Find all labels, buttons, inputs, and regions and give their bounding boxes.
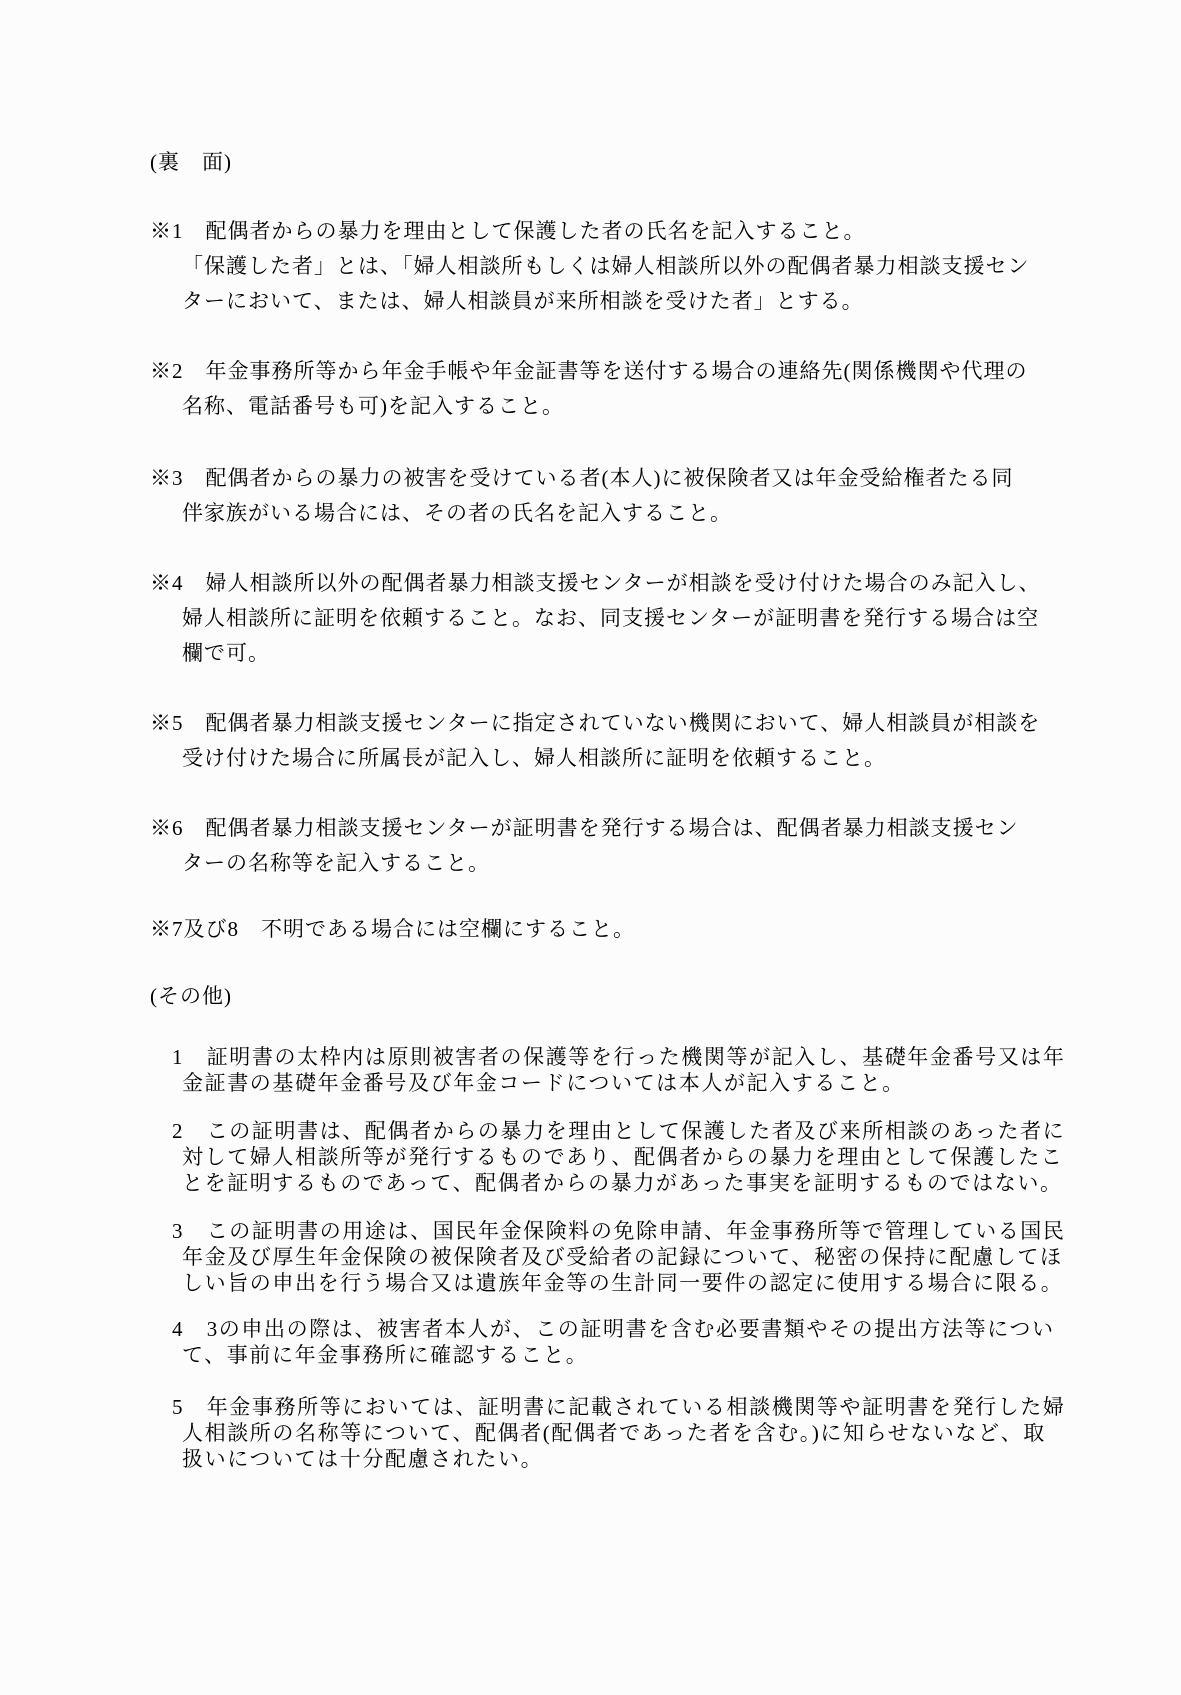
others-label: (その他) — [150, 983, 232, 1009]
note-2: ※2 年金事務所等から年金手帳や年金証書等を送付する場合の連絡先(関係機関や代理… — [150, 354, 1028, 424]
note-line: ※4 婦人相談所以外の配偶者暴力相談支援センターが相談を受け付けた場合のみ記入し… — [150, 566, 1041, 601]
note-3: ※3 配偶者からの暴力の被害を受けている者(本人)に被保険者又は年金受給権者たる… — [150, 461, 1013, 531]
note-line: ターにおいて、または、婦人相談員が来所相談を受けた者」とする。 — [182, 284, 1030, 319]
item-line: 対して婦人相談所等が発行するものであり、配偶者からの暴力を理由として保護したこ — [182, 1144, 1065, 1170]
item-line: 年金及び厚生年金保険の被保険者及び受給者の記録について、秘密の保持に配慮してほ — [182, 1244, 1066, 1270]
document-page: (裏 面) ※1 配偶者からの暴力を理由として保護した者の氏名を記入すること。 … — [0, 0, 1181, 1695]
note-4: ※4 婦人相談所以外の配偶者暴力相談支援センターが相談を受け付けた場合のみ記入し… — [150, 566, 1041, 671]
note-5: ※5 配偶者暴力相談支援センターに指定されていない機関において、婦人相談員が相談… — [150, 706, 1040, 776]
item-line: 2 この証明書は、配偶者からの暴力を理由として保護した者及び来所相談のあった者に — [172, 1118, 1065, 1144]
item-line: 5 年金事務所等においては、証明書に記載されている相談機関等や証明書を発行した婦 — [172, 1394, 1066, 1420]
note-line: ※7及び8 不明である場合には空欄にすること。 — [150, 912, 635, 947]
item-line: 人相談所の名称等について、配偶者(配偶者であった者を含む。)に知らせないなど、取 — [182, 1420, 1066, 1446]
item-line: 3 この証明書の用途は、国民年金保険料の免除申請、年金事務所等で管理している国民 — [172, 1218, 1066, 1244]
back-side-label: (裏 面) — [150, 149, 232, 175]
note-line: ※5 配偶者暴力相談支援センターに指定されていない機関において、婦人相談員が相談… — [150, 706, 1040, 741]
note-line: ※1 配偶者からの暴力を理由として保護した者の氏名を記入すること。 — [150, 214, 1030, 249]
item-line: て、事前に年金事務所に確認すること。 — [182, 1342, 1055, 1368]
other-item-2: 2 この証明書は、配偶者からの暴力を理由として保護した者及び来所相談のあった者に… — [172, 1118, 1065, 1196]
note-1: ※1 配偶者からの暴力を理由として保護した者の氏名を記入すること。 「保護した者… — [150, 214, 1030, 319]
note-line: 欄で可。 — [182, 636, 1041, 671]
note-line: ※2 年金事務所等から年金手帳や年金証書等を送付する場合の連絡先(関係機関や代理… — [150, 354, 1028, 389]
note-line: ターの名称等を記入すること。 — [182, 846, 1019, 881]
note-line: 伴家族がいる場合には、その者の氏名を記入すること。 — [182, 496, 1013, 531]
other-item-3: 3 この証明書の用途は、国民年金保険料の免除申請、年金事務所等で管理している国民… — [172, 1218, 1066, 1296]
item-line: とを証明するものであって、配偶者からの暴力があった事実を証明するものではない。 — [182, 1170, 1065, 1196]
note-line: 「保護した者」とは、「婦人相談所もしくは婦人相談所以外の配偶者暴力相談支援セン — [182, 249, 1030, 284]
note-line: 婦人相談所に証明を依頼すること。なお、同支援センターが証明書を発行する場合は空 — [182, 601, 1041, 636]
other-item-4: 4 3の申出の際は、被害者本人が、この証明書を含む必要書類やその提出方法等につい… — [172, 1316, 1055, 1368]
note-line: ※6 配偶者暴力相談支援センターが証明書を発行する場合は、配偶者暴力相談支援セン — [150, 811, 1019, 846]
note-line: ※3 配偶者からの暴力の被害を受けている者(本人)に被保険者又は年金受給権者たる… — [150, 461, 1013, 496]
item-line: 扱いについては十分配慮されたい。 — [182, 1446, 1066, 1472]
other-item-1: 1 証明書の太枠内は原則被害者の保護等を行った機関等が記入し、基礎年金番号又は年… — [172, 1044, 1066, 1096]
item-line: しい旨の申出を行う場合又は遺族年金等の生計同一要件の認定に使用する場合に限る。 — [182, 1270, 1066, 1296]
note-line: 受け付けた場合に所属長が記入し、婦人相談所に証明を依頼すること。 — [182, 741, 1040, 776]
item-line: 1 証明書の太枠内は原則被害者の保護等を行った機関等が記入し、基礎年金番号又は年 — [172, 1044, 1066, 1070]
item-line: 4 3の申出の際は、被害者本人が、この証明書を含む必要書類やその提出方法等につい — [172, 1316, 1055, 1342]
item-line: 金証書の基礎年金番号及び年金コードについては本人が記入すること。 — [182, 1070, 1066, 1096]
note-line: 名称、電話番号も可)を記入すること。 — [182, 389, 1028, 424]
note-7-and-8: ※7及び8 不明である場合には空欄にすること。 — [150, 912, 635, 947]
note-6: ※6 配偶者暴力相談支援センターが証明書を発行する場合は、配偶者暴力相談支援セン… — [150, 811, 1019, 881]
other-item-5: 5 年金事務所等においては、証明書に記載されている相談機関等や証明書を発行した婦… — [172, 1394, 1066, 1472]
